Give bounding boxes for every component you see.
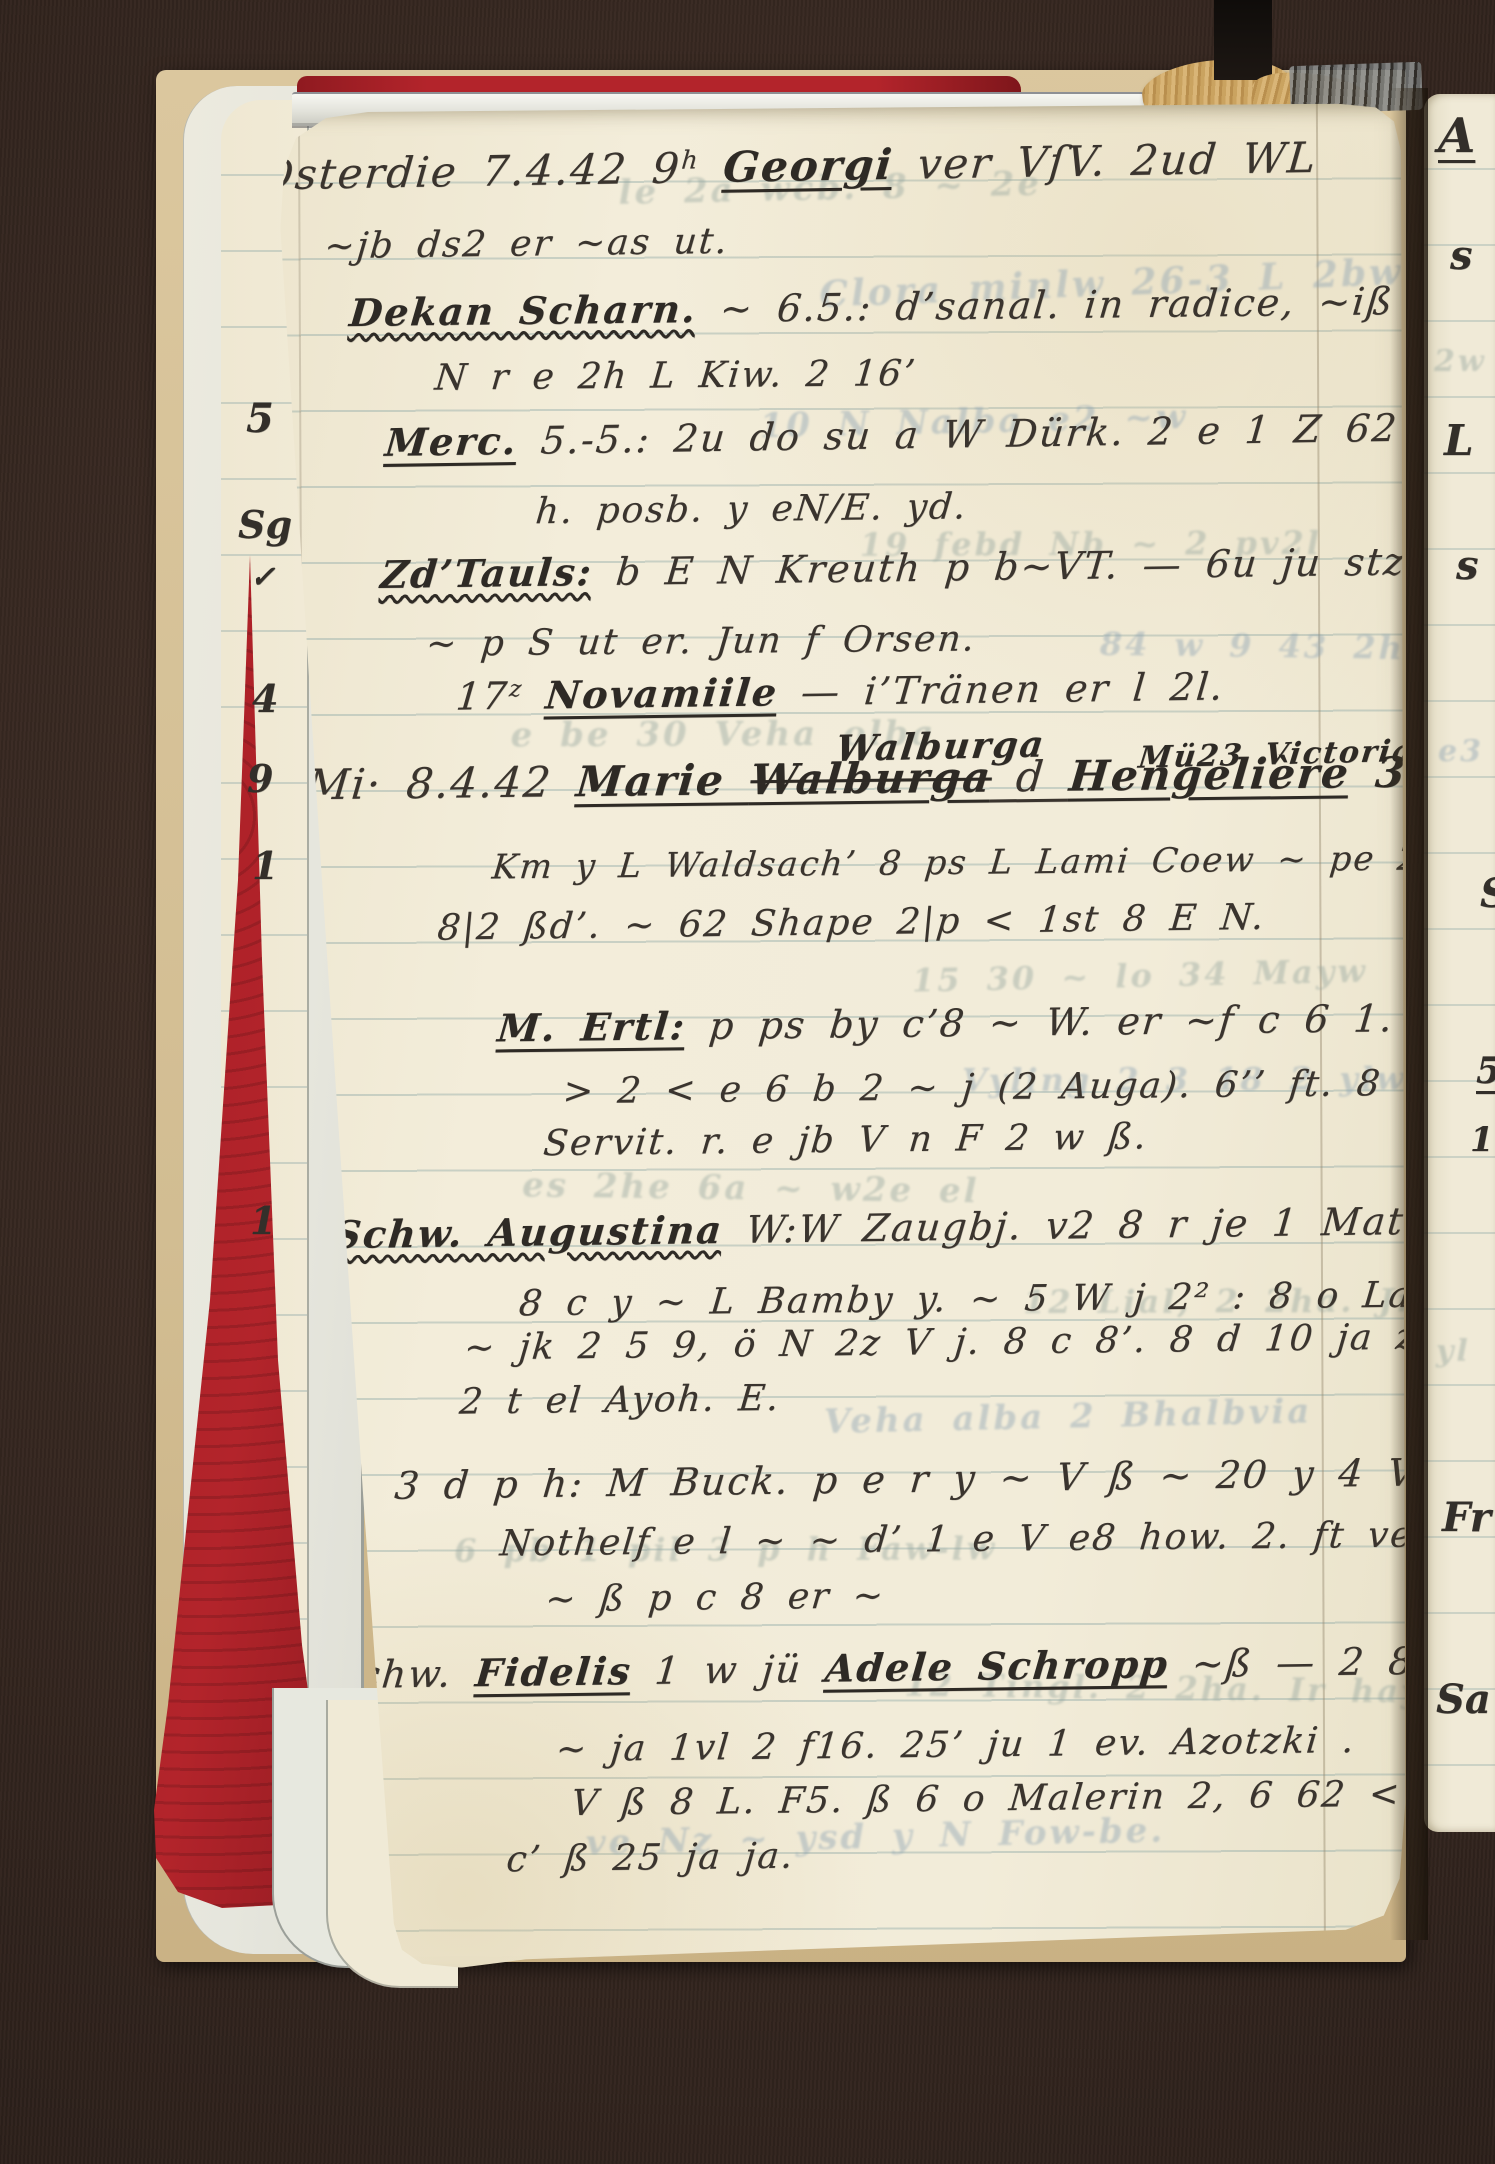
photo-backdrop: A s L s S 5 1. Fr Sa 2w e3 yl le 2a wcb.… (0, 0, 1495, 2164)
facing-page-fragment: s (1450, 232, 1473, 279)
margin-mark: 1 (250, 1198, 276, 1243)
margin-mark: 4 (252, 676, 278, 721)
diary-page: le 2a wcb. 8 ~ 2e Clora minlw 26-3 L 2bw… (218, 103, 1418, 1990)
facing-page-sliver: A s L s S 5 1. Fr Sa 2w e3 yl (1424, 94, 1495, 1832)
page-shading (218, 103, 1418, 1990)
gutter-shadow (1390, 88, 1428, 1940)
bleedthrough-text: yl (1436, 1334, 1471, 1369)
facing-page-fragment: Sa (1436, 1676, 1491, 1723)
binding-gap-shadow (1214, 0, 1272, 80)
facing-page-fragment: Fr (1442, 1494, 1491, 1541)
facing-page-fragment: L (1444, 416, 1474, 465)
facing-page-fragment: 5 (1476, 1050, 1495, 1092)
margin-mark: 9 (247, 756, 273, 801)
bleedthrough-text: 2w (1434, 344, 1487, 379)
margin-mark: 5 (246, 395, 274, 442)
margin-mark: 1 (252, 843, 278, 888)
facing-page-fragment: S (1480, 870, 1495, 917)
facing-page-fragment: A (1438, 108, 1475, 164)
facing-page-fragment: 1. (1470, 1120, 1495, 1160)
facing-page-fragment: s (1456, 542, 1479, 589)
margin-mark: Sg (238, 502, 292, 547)
margin-mark: ✓ (250, 560, 275, 595)
bleedthrough-text: e3 (1438, 734, 1484, 769)
